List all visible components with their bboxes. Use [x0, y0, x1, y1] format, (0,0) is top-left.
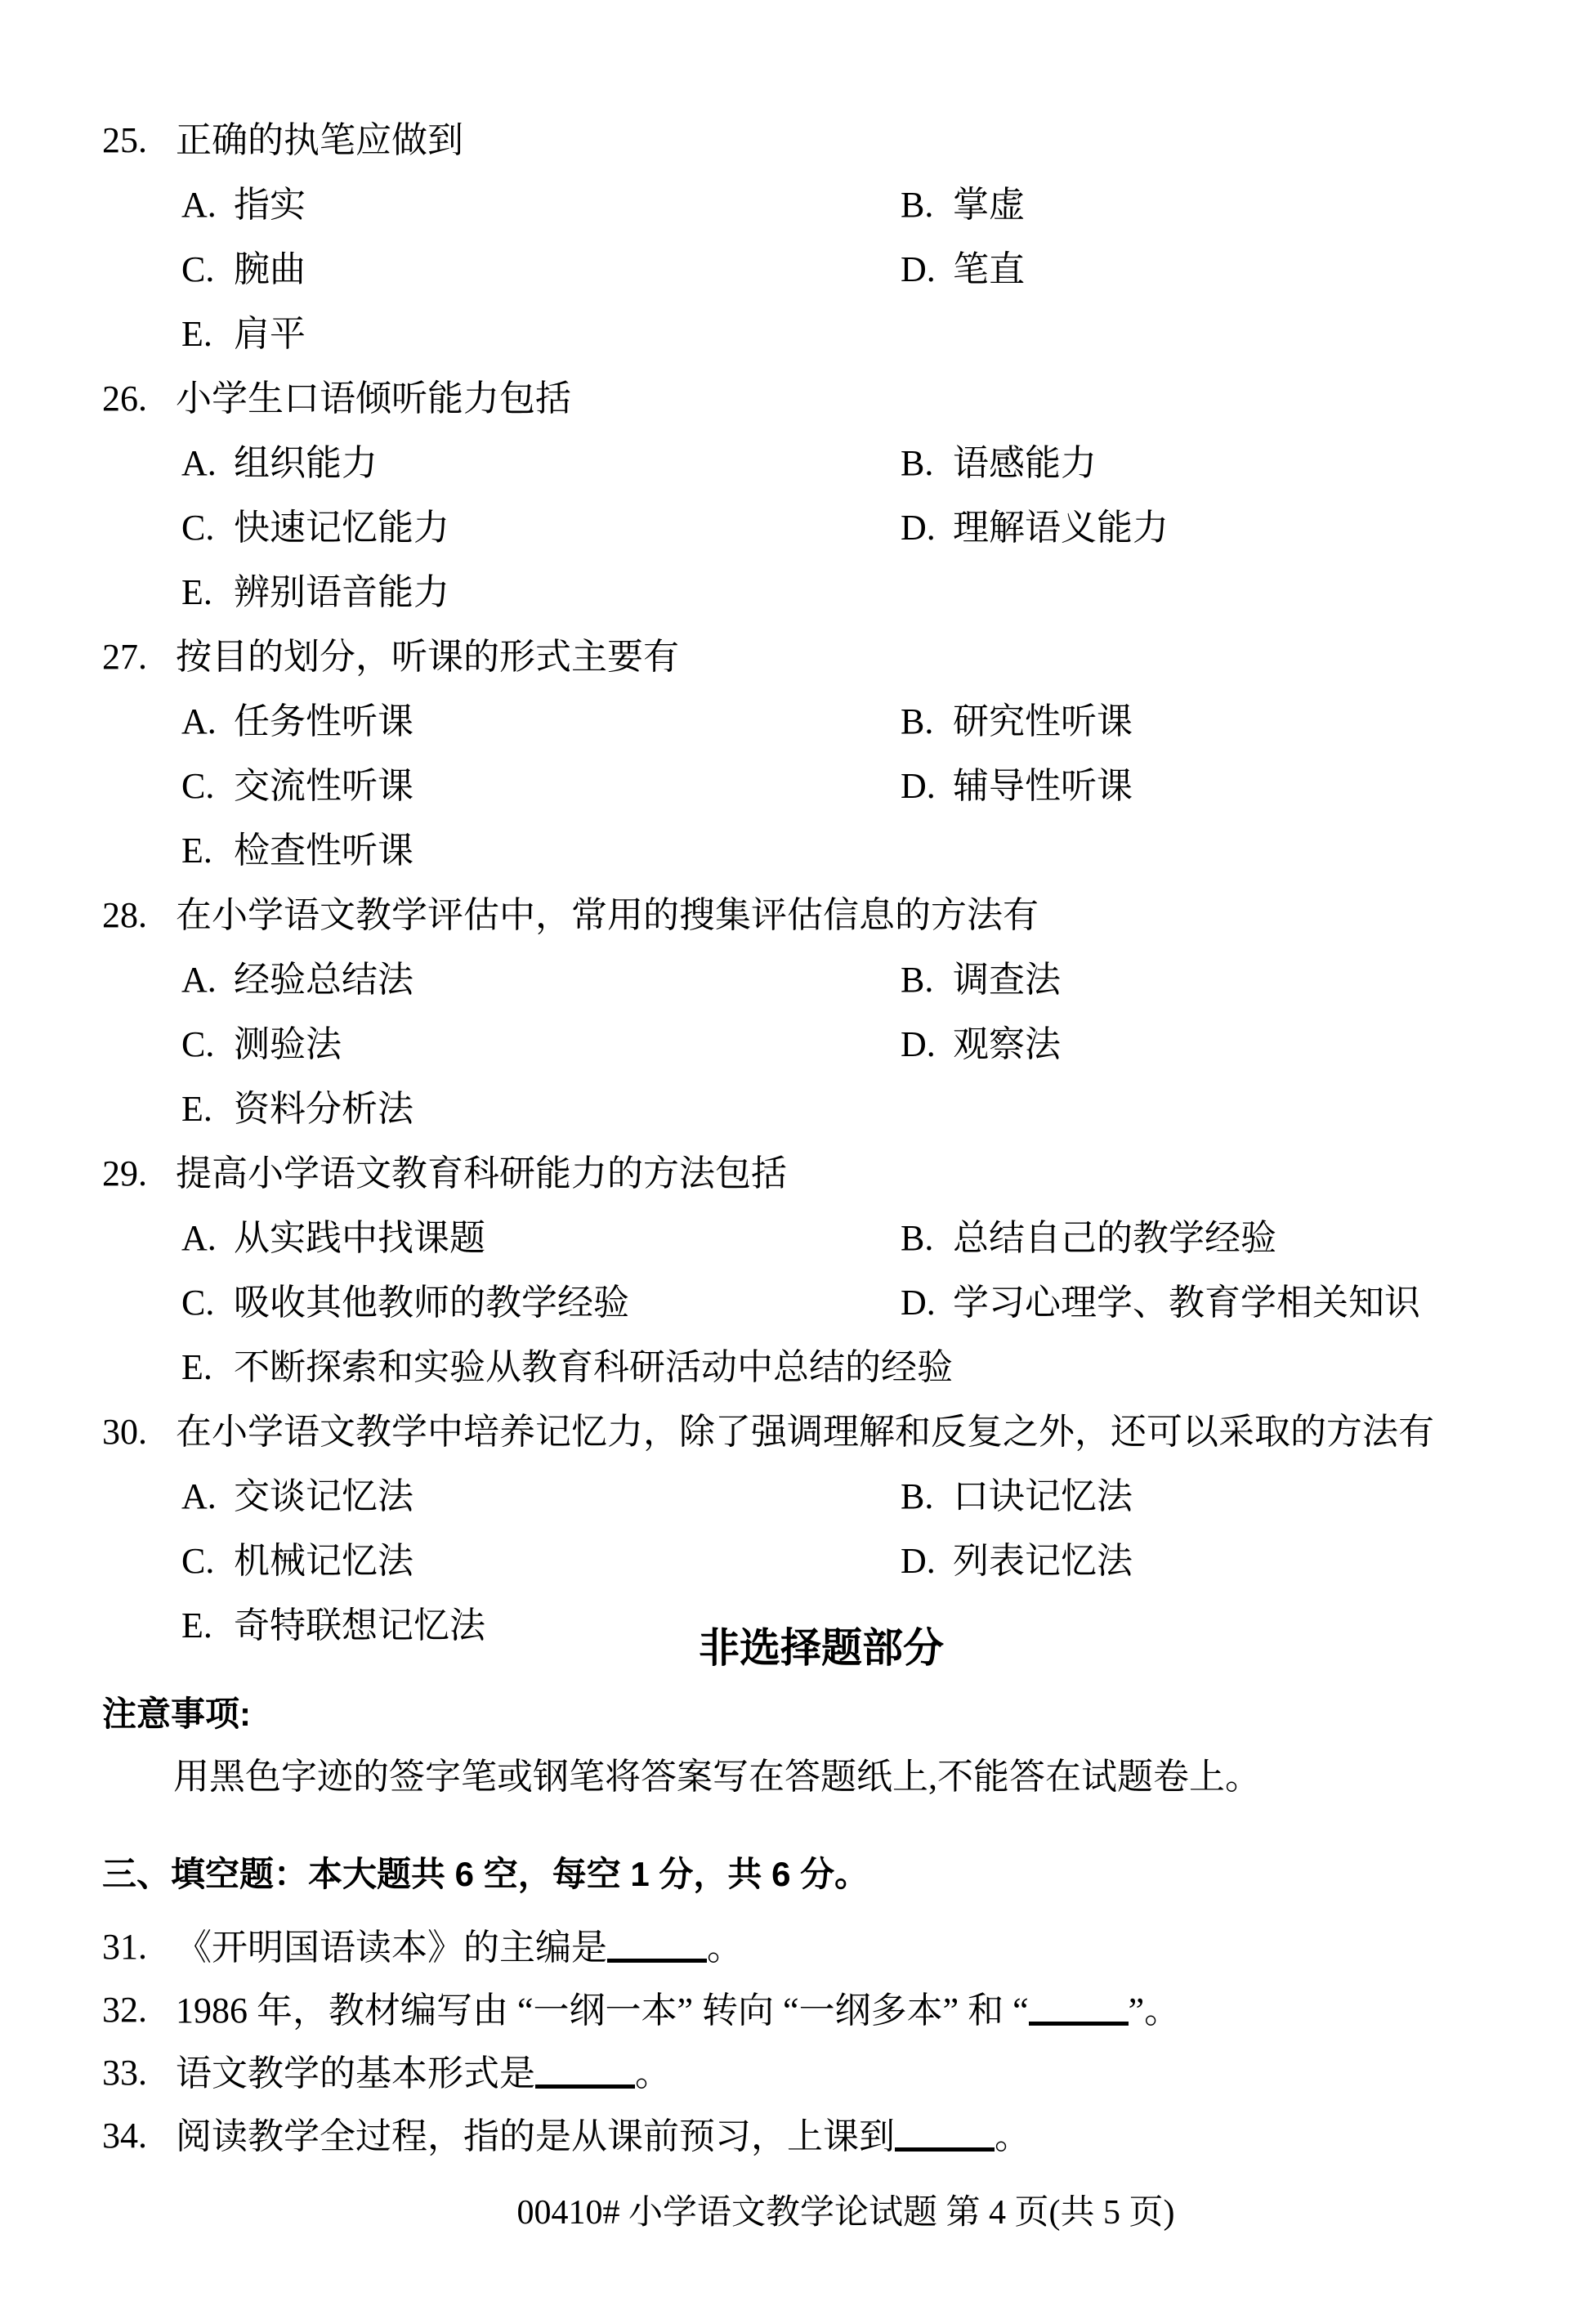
text-after-blank: 。 — [635, 2053, 671, 2093]
option-c: C. 测验法 — [102, 1020, 821, 1085]
option-row: A. 从实践中找课题 B. 总结自己的教学经验 — [102, 1214, 1504, 1278]
option-label: 腕曲 — [234, 245, 306, 310]
option-row: C. 腕曲 D. 笔直 — [102, 245, 1504, 310]
option-label: 吸收其他教师的教学经验 — [234, 1278, 629, 1343]
option-label: 辨别语音能力 — [234, 568, 449, 633]
question-number: 29. — [102, 1149, 176, 1214]
question-number: 27. — [102, 633, 176, 697]
option-d: D. 理解语义能力 — [821, 504, 1504, 568]
option-row: C. 快速记忆能力 D. 理解语义能力 — [102, 504, 1504, 568]
option-label: 调查法 — [953, 956, 1061, 1020]
option-e: E. 检查性听课 — [102, 826, 821, 891]
option-label: 列表记忆法 — [953, 1537, 1133, 1601]
option-letter: E. — [181, 1085, 234, 1149]
option-b: B. 口诀记忆法 — [821, 1472, 1504, 1537]
option-letter: A. — [181, 439, 234, 504]
text-after-blank: ”。 — [1129, 1990, 1181, 2031]
option-letter: B. — [901, 1472, 953, 1537]
question-32: 32. 1986 年，教材编写由 “一纲一本” 转向 “一纲多本” 和 “”。 — [102, 1986, 1504, 2049]
option-letter: C. — [181, 245, 234, 310]
option-a: A. 从实践中找课题 — [102, 1214, 821, 1278]
option-label: 交流性听课 — [234, 762, 413, 826]
question-28: 28. 在小学语文教学评估中，常用的搜集评估信息的方法有 A. 经验总结法 B.… — [102, 891, 1504, 1149]
option-label: 学习心理学、教育学相关知识 — [953, 1278, 1420, 1343]
question-text: 提高小学语文教育科研能力的方法包括 — [176, 1149, 1504, 1214]
question-26: 26. 小学生口语倾听能力包括 A. 组织能力 B. 语感能力 C. 快速记忆能… — [102, 374, 1504, 633]
option-letter: B. — [901, 1214, 953, 1278]
text-before-blank: 语文教学的基本形式是 — [176, 2053, 535, 2093]
option-row: E. 辨别语音能力 — [102, 568, 1504, 633]
option-a: A. 经验总结法 — [102, 956, 821, 1020]
option-e: E. 资料分析法 — [102, 1085, 821, 1149]
option-label: 语感能力 — [953, 439, 1097, 504]
option-letter: E. — [181, 310, 234, 374]
question-25: 25. 正确的执笔应做到 A. 指实 B. 掌虚 C. 腕曲 — [102, 116, 1504, 374]
option-letter: B. — [901, 697, 953, 762]
option-letter: D. — [901, 1278, 953, 1343]
question-text: 小学生口语倾听能力包括 — [176, 374, 1504, 439]
option-letter: C. — [181, 762, 234, 826]
option-e: E. 辨别语音能力 — [102, 568, 821, 633]
option-label: 交谈记忆法 — [234, 1472, 413, 1537]
exam-page: 25. 正确的执笔应做到 A. 指实 B. 掌虚 C. 腕曲 — [0, 0, 1569, 2324]
option-a: A. 指实 — [102, 181, 821, 245]
option-label: 总结自己的教学经验 — [953, 1214, 1276, 1278]
text-after-blank: 。 — [707, 1928, 743, 1968]
option-b: B. 掌虚 — [821, 181, 1504, 245]
option-label: 资料分析法 — [234, 1085, 413, 1149]
option-a: A. 交谈记忆法 — [102, 1472, 821, 1537]
option-d: D. 辅导性听课 — [821, 762, 1504, 826]
option-row: C. 测验法 D. 观察法 — [102, 1020, 1504, 1085]
blank-line — [1029, 1989, 1129, 2026]
option-label: 任务性听课 — [234, 697, 413, 762]
question-29: 29. 提高小学语文教育科研能力的方法包括 A. 从实践中找课题 B. 总结自己… — [102, 1149, 1504, 1408]
question-number: 33. — [102, 2049, 176, 2111]
question-head: 26. 小学生口语倾听能力包括 — [102, 374, 1504, 439]
page-footer: 00410# 小学语文教学论试题 第 4 页(共 5 页) — [0, 2191, 1569, 2235]
option-label: 研究性听课 — [953, 697, 1133, 762]
option-letter: D. — [901, 504, 953, 568]
option-letter: A. — [181, 956, 234, 1020]
option-label: 检查性听课 — [234, 826, 413, 891]
option-d: D. 笔直 — [821, 245, 1504, 310]
option-letter: B. — [901, 439, 953, 504]
option-label: 测验法 — [234, 1020, 342, 1085]
option-label: 口诀记忆法 — [953, 1472, 1133, 1537]
question-number: 28. — [102, 891, 176, 956]
option-a: A. 任务性听课 — [102, 697, 821, 762]
option-label: 笔直 — [953, 245, 1025, 310]
option-row: C. 交流性听课 D. 辅导性听课 — [102, 762, 1504, 826]
option-row: A. 组织能力 B. 语感能力 — [102, 439, 1504, 504]
option-row: E. 资料分析法 — [102, 1085, 1504, 1149]
option-row: C. 吸收其他教师的教学经验 D. 学习心理学、教育学相关知识 — [102, 1278, 1504, 1343]
question-head: 27. 按目的划分，听课的形式主要有 — [102, 633, 1504, 697]
option-letter: D. — [901, 762, 953, 826]
multiple-choice-section: 25. 正确的执笔应做到 A. 指实 B. 掌虚 C. 腕曲 — [102, 116, 1504, 1666]
option-letter: D. — [901, 245, 953, 310]
question-text: 《开明国语读本》的主编是。 — [176, 1923, 1504, 1986]
option-label: 机械记忆法 — [234, 1537, 413, 1601]
option-row: E. 不断探索和实验从教育科研活动中总结的经验 — [102, 1343, 1504, 1408]
question-text: 语文教学的基本形式是。 — [176, 2049, 1504, 2111]
option-letter: E. — [181, 568, 234, 633]
option-label: 指实 — [234, 181, 306, 245]
option-label: 观察法 — [953, 1020, 1061, 1085]
option-letter: A. — [181, 1472, 234, 1537]
question-27: 27. 按目的划分，听课的形式主要有 A. 任务性听课 B. 研究性听课 C. … — [102, 633, 1504, 891]
question-head: 29. 提高小学语文教育科研能力的方法包括 — [102, 1149, 1504, 1214]
option-label: 不断探索和实验从教育科研活动中总结的经验 — [234, 1343, 953, 1408]
question-31: 31. 《开明国语读本》的主编是。 — [102, 1923, 1504, 1986]
blank-line — [535, 2052, 635, 2089]
section-header-non-choice: 非选择题部分 — [0, 1623, 1569, 1673]
option-label: 经验总结法 — [234, 956, 413, 1020]
blank-line — [895, 2115, 995, 2152]
option-letter: A. — [181, 1214, 234, 1278]
option-row: C. 机械记忆法 D. 列表记忆法 — [102, 1537, 1504, 1601]
question-number: 32. — [102, 1986, 176, 2049]
question-text: 1986 年，教材编写由 “一纲一本” 转向 “一纲多本” 和 “”。 — [176, 1986, 1504, 2049]
question-33: 33. 语文教学的基本形式是。 — [102, 2049, 1504, 2111]
option-letter: C. — [181, 1278, 234, 1343]
option-b: B. 总结自己的教学经验 — [821, 1214, 1504, 1278]
option-c: C. 吸收其他教师的教学经验 — [102, 1278, 821, 1343]
option-label: 组织能力 — [234, 439, 378, 504]
option-e: E. 肩平 — [102, 310, 821, 374]
notes-body: 用黑色字迹的签字笔或钢笔将答案写在答题纸上,不能答在试题卷上。 — [173, 1754, 1261, 1800]
option-letter: B. — [901, 956, 953, 1020]
option-row: E. 检查性听课 — [102, 826, 1504, 891]
option-c: C. 交流性听课 — [102, 762, 821, 826]
option-b: B. 研究性听课 — [821, 697, 1504, 762]
question-number: 30. — [102, 1408, 176, 1472]
option-d: D. 观察法 — [821, 1020, 1504, 1085]
text-before-blank: 1986 年，教材编写由 “一纲一本” 转向 “一纲多本” 和 “ — [176, 1990, 1029, 2031]
option-c: C. 快速记忆能力 — [102, 504, 821, 568]
question-text: 按目的划分，听课的形式主要有 — [176, 633, 1504, 697]
question-number: 26. — [102, 374, 176, 439]
question-text: 正确的执笔应做到 — [176, 116, 1504, 181]
option-e: E. 不断探索和实验从教育科研活动中总结的经验 — [102, 1343, 821, 1408]
option-d: D. 学习心理学、教育学相关知识 — [821, 1278, 1504, 1343]
fill-in-questions: 31. 《开明国语读本》的主编是。 32. 1986 年，教材编写由 “一纲一本… — [102, 1923, 1504, 2174]
text-before-blank: 《开明国语读本》的主编是 — [176, 1928, 607, 1968]
text-before-blank: 阅读教学全过程，指的是从课前预习，上课到 — [176, 2116, 895, 2156]
question-head: 28. 在小学语文教学评估中，常用的搜集评估信息的方法有 — [102, 891, 1504, 956]
question-number: 31. — [102, 1923, 176, 1986]
option-b: B. 语感能力 — [821, 439, 1504, 504]
option-letter: D. — [901, 1537, 953, 1601]
option-row: A. 任务性听课 B. 研究性听课 — [102, 697, 1504, 762]
option-b: B. 调查法 — [821, 956, 1504, 1020]
option-letter: E. — [181, 826, 234, 891]
question-text: 阅读教学全过程，指的是从课前预习，上课到。 — [176, 2111, 1504, 2174]
option-letter: B. — [901, 181, 953, 245]
option-letter: A. — [181, 181, 234, 245]
option-label: 从实践中找课题 — [234, 1214, 485, 1278]
option-row: A. 指实 B. 掌虚 — [102, 181, 1504, 245]
question-34: 34. 阅读教学全过程，指的是从课前预习，上课到。 — [102, 2111, 1504, 2174]
option-letter: C. — [181, 504, 234, 568]
option-letter: E. — [181, 1343, 234, 1408]
question-head: 30. 在小学语文教学中培养记忆力，除了强调理解和反复之外，还可以采取的方法有 — [102, 1408, 1504, 1472]
text-after-blank: 。 — [995, 2116, 1030, 2156]
option-letter: A. — [181, 697, 234, 762]
option-row: A. 经验总结法 B. 调查法 — [102, 956, 1504, 1020]
option-label: 快速记忆能力 — [234, 504, 449, 568]
fill-in-section-title: 三、填空题：本大题共 6 空，每空 1 分，共 6 分。 — [102, 1852, 869, 1896]
option-label: 理解语义能力 — [953, 504, 1169, 568]
option-label: 辅导性听课 — [953, 762, 1133, 826]
notes-title: 注意事项: — [102, 1692, 251, 1736]
option-letter: D. — [901, 1020, 953, 1085]
option-c: C. 机械记忆法 — [102, 1537, 821, 1601]
option-row: A. 交谈记忆法 B. 口诀记忆法 — [102, 1472, 1504, 1537]
option-letter: C. — [181, 1020, 234, 1085]
option-label: 肩平 — [234, 310, 306, 374]
option-letter: C. — [181, 1537, 234, 1601]
blank-line — [607, 1926, 707, 1963]
question-text: 在小学语文教学中培养记忆力，除了强调理解和反复之外，还可以采取的方法有 — [176, 1408, 1504, 1472]
option-d: D. 列表记忆法 — [821, 1537, 1504, 1601]
question-text: 在小学语文教学评估中，常用的搜集评估信息的方法有 — [176, 891, 1504, 956]
question-number: 25. — [102, 116, 176, 181]
option-c: C. 腕曲 — [102, 245, 821, 310]
option-label: 掌虚 — [953, 181, 1025, 245]
question-head: 25. 正确的执笔应做到 — [102, 116, 1504, 181]
question-number: 34. — [102, 2111, 176, 2174]
option-a: A. 组织能力 — [102, 439, 821, 504]
option-row: E. 肩平 — [102, 310, 1504, 374]
